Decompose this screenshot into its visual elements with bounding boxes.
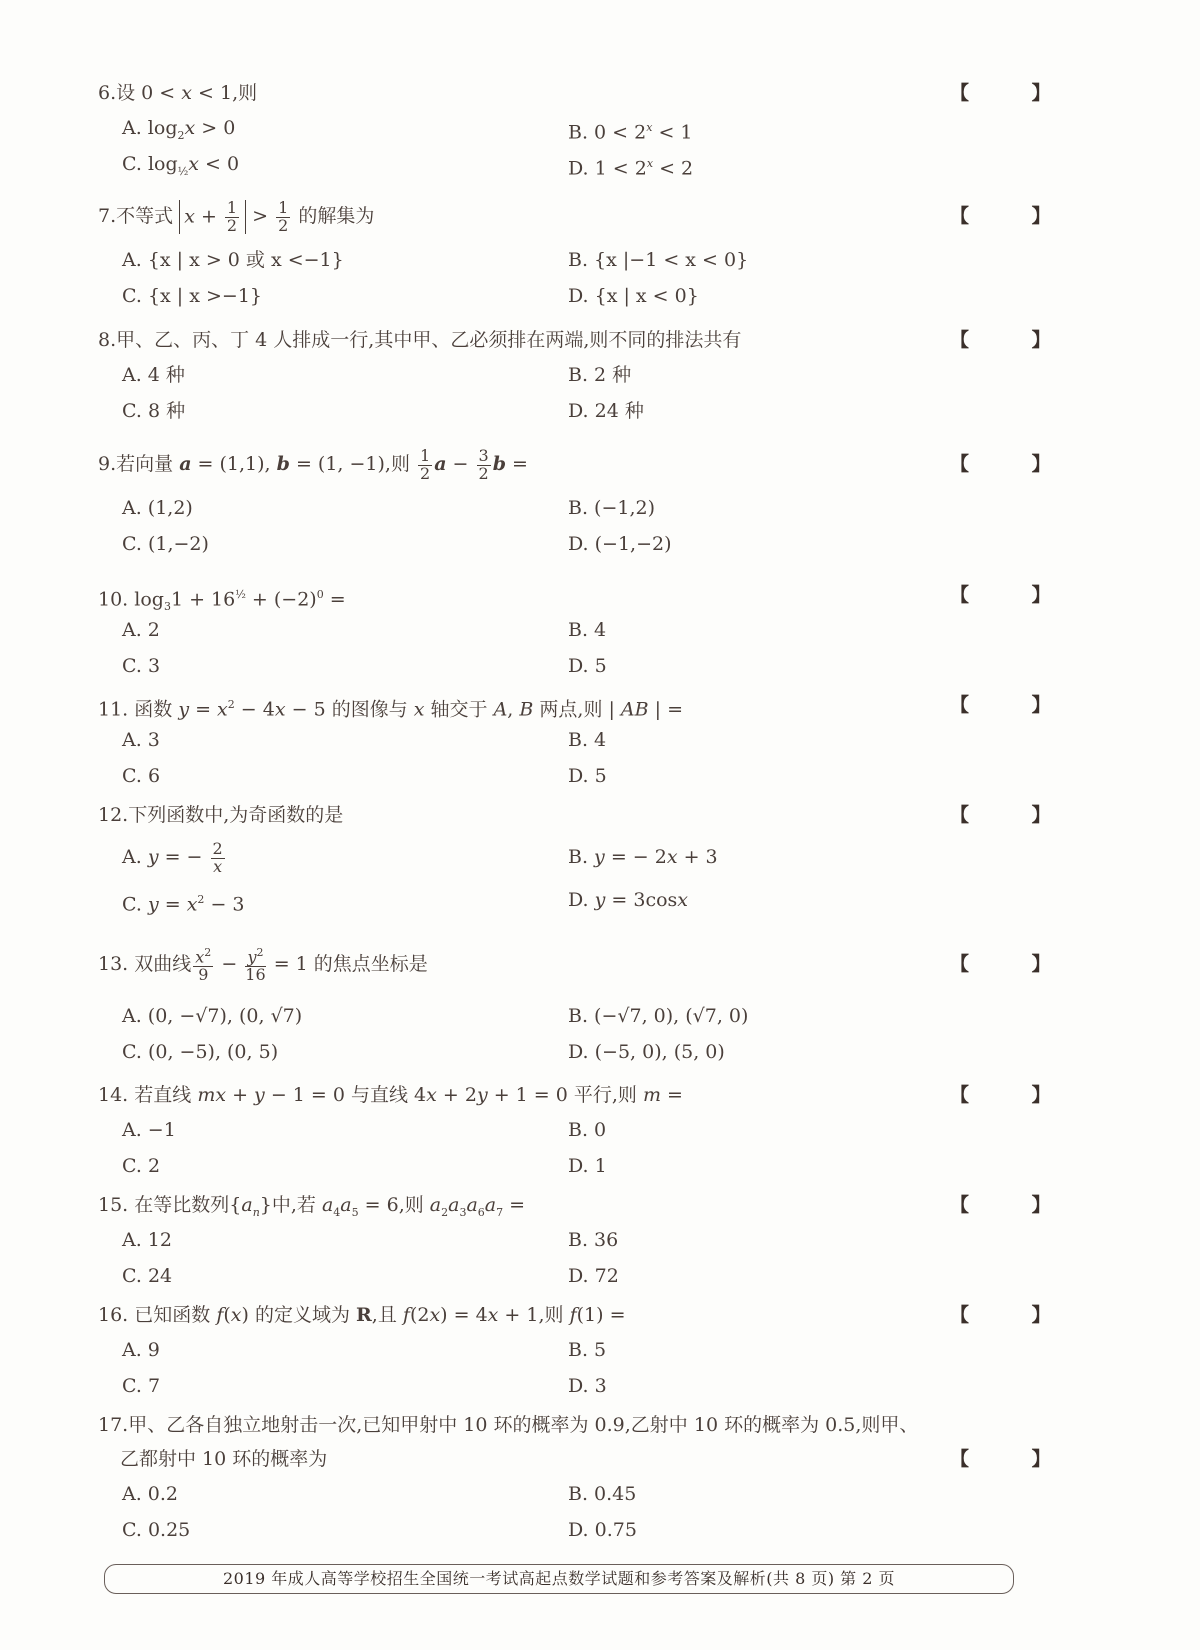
- option-a: A. 0.2: [122, 1476, 178, 1512]
- option-b: B. 36: [568, 1222, 618, 1258]
- question-10: 10. log31 + 16½ + (−2)0 = 【 】 A. 2B. 4 C…: [98, 578, 1058, 684]
- option-d: D. 3: [568, 1368, 607, 1404]
- question-number: 7.: [98, 205, 116, 227]
- option-b: B. 0: [568, 1112, 606, 1148]
- question-number: 17.: [98, 1414, 128, 1436]
- option-c: C. 8 种: [122, 393, 185, 429]
- option-d: D. 1: [568, 1148, 607, 1184]
- question-stem: 11. 函数 y = x2 − 4x − 5 的图像与 x 轴交于 A, B 两…: [98, 688, 1058, 722]
- option-a: A. 4 种: [122, 357, 185, 393]
- question-6: 6.设 0 < x < 1,则 【 】 A. log2x > 0B. 0 < 2…: [98, 76, 1058, 182]
- question-stem: 15. 在等比数列{an}中,若 a4a5 = 6,则 a2a3a6a7 = 【…: [98, 1188, 1058, 1222]
- question-8: 8.甲、乙、丙、丁 4 人排成一行,其中甲、乙必须排在两端,则不同的排法共有 【…: [98, 323, 1058, 429]
- option-a: A. 2: [122, 612, 160, 648]
- option-b: B. (−√7, 0), (√7, 0): [568, 998, 748, 1034]
- stem-text: 甲、乙、丙、丁 4 人排成一行,其中甲、乙必须排在两端,则不同的排法共有: [116, 329, 741, 351]
- answer-bracket: 【 】: [950, 323, 1079, 357]
- option-c: C. 0.25: [122, 1512, 190, 1548]
- question-number: 10.: [98, 588, 128, 610]
- option-d: D. 5: [568, 758, 607, 794]
- option-d: D. 0.75: [568, 1512, 637, 1548]
- option-c: C. (1,−2): [122, 526, 209, 562]
- question-11: 11. 函数 y = x2 − 4x − 5 的图像与 x 轴交于 A, B 两…: [98, 688, 1058, 794]
- answer-bracket: 【 】: [950, 938, 1079, 990]
- option-c: C. 2: [122, 1148, 160, 1184]
- question-stem: 10. log31 + 16½ + (−2)0 = 【 】: [98, 578, 1058, 612]
- question-stem: 16. 已知函数 f(x) 的定义域为 R,且 f(2x) = 4x + 1,则…: [98, 1298, 1058, 1332]
- option-b: B. (−1,2): [568, 490, 655, 526]
- option-d: D. (−1,−2): [568, 526, 672, 562]
- option-c: C. log½x < 0: [122, 146, 239, 190]
- answer-bracket: 【 】: [950, 76, 1079, 110]
- option-c: C. 3: [122, 648, 160, 684]
- option-b: B. {x |−1 < x < 0}: [568, 242, 748, 278]
- question-15: 15. 在等比数列{an}中,若 a4a5 = 6,则 a2a3a6a7 = 【…: [98, 1188, 1058, 1294]
- question-stem: 17.甲、乙各自独立地射击一次,已知甲射中 10 环的概率为 0.9,乙射中 1…: [98, 1408, 1058, 1442]
- option-a: A. 9: [122, 1332, 160, 1368]
- question-number: 15.: [98, 1194, 128, 1216]
- question-7: 7.不等式 x + 12 > 12 的解集为 【 】 A. {x | x > 0…: [98, 190, 1058, 314]
- option-c: C. 24: [122, 1258, 172, 1294]
- answer-bracket: 【 】: [950, 1188, 1079, 1222]
- stem-text: 甲、乙各自独立地射击一次,已知甲射中 10 环的概率为 0.9,乙射中 10 环…: [128, 1414, 918, 1436]
- page-footer: 2019 年成人高等学校招生全国统一考试高起点数学试题和参考答案及解析(共 8 …: [104, 1564, 1014, 1594]
- question-14: 14. 若直线 mx + y − 1 = 0 与直线 4x + 2y + 1 =…: [98, 1078, 1058, 1184]
- option-a: A. −1: [122, 1112, 176, 1148]
- question-number: 9.: [98, 453, 116, 475]
- answer-bracket: 【 】: [950, 688, 1079, 722]
- stem-text: 下列函数中,为奇函数的是: [128, 804, 343, 826]
- option-c: C. 6: [122, 758, 160, 794]
- option-b: B. 0 < 2x < 1: [568, 110, 693, 150]
- option-a: A. (1,2): [122, 490, 193, 526]
- option-b: B. 4: [568, 722, 606, 758]
- answer-bracket: 【 】: [950, 1078, 1079, 1112]
- question-number: 6.: [98, 82, 116, 104]
- option-d: D. y = 3cosx: [568, 882, 688, 918]
- option-a: A. (0, −√7), (0, √7): [122, 998, 302, 1034]
- question-stem: 9.若向量 a = (1,1), b = (1, −1),则 12a − 32b…: [98, 438, 1058, 490]
- option-b: B. 5: [568, 1332, 606, 1368]
- option-b: B. 4: [568, 612, 606, 648]
- option-d: D. {x | x < 0}: [568, 278, 699, 314]
- question-number: 16.: [98, 1304, 128, 1326]
- question-13: 13. 双曲线x29 − y216 = 1 的焦点坐标是 【 】 A. (0, …: [98, 938, 1058, 1070]
- question-number: 11.: [98, 698, 128, 720]
- question-12: 12.下列函数中,为奇函数的是 【 】 A. y = − 2xB. y = − …: [98, 798, 1058, 918]
- option-c: C. 7: [122, 1368, 160, 1404]
- option-a: A. y = − 2x: [122, 832, 227, 882]
- option-a: A. 3: [122, 722, 160, 758]
- question-stem-line2: 乙都射中 10 环的概率为 【 】: [98, 1442, 1058, 1476]
- question-number: 8.: [98, 329, 116, 351]
- question-stem: 6.设 0 < x < 1,则 【 】: [98, 76, 1058, 110]
- option-b: B. y = − 2x + 3: [568, 832, 718, 882]
- option-d: D. (−5, 0), (5, 0): [568, 1034, 725, 1070]
- question-stem: 14. 若直线 mx + y − 1 = 0 与直线 4x + 2y + 1 =…: [98, 1078, 1058, 1112]
- option-c: C. (0, −5), (0, 5): [122, 1034, 278, 1070]
- question-16: 16. 已知函数 f(x) 的定义域为 R,且 f(2x) = 4x + 1,则…: [98, 1298, 1058, 1404]
- question-9: 9.若向量 a = (1,1), b = (1, −1),则 12a − 32b…: [98, 438, 1058, 562]
- answer-bracket: 【 】: [950, 1442, 1079, 1476]
- question-17: 17.甲、乙各自独立地射击一次,已知甲射中 10 环的概率为 0.9,乙射中 1…: [98, 1408, 1058, 1548]
- answer-bracket: 【 】: [950, 1298, 1079, 1332]
- answer-bracket: 【 】: [950, 798, 1079, 832]
- stem-text: 设 0 < x < 1,则: [116, 82, 257, 104]
- option-b: B. 0.45: [568, 1476, 636, 1512]
- question-number: 14.: [98, 1084, 128, 1106]
- option-a: A. {x | x > 0 或 x <−1}: [122, 242, 344, 278]
- answer-bracket: 【 】: [950, 578, 1079, 612]
- question-number: 12.: [98, 804, 128, 826]
- option-d: D. 24 种: [568, 393, 644, 429]
- option-d: D. 1 < 2x < 2: [568, 146, 693, 186]
- option-c: C. y = x2 − 3: [122, 882, 245, 922]
- question-number: 13.: [98, 953, 128, 975]
- question-stem: 7.不等式 x + 12 > 12 的解集为 【 】: [98, 190, 1058, 242]
- option-b: B. 2 种: [568, 357, 631, 393]
- option-a: A. 12: [122, 1222, 172, 1258]
- option-d: D. 72: [568, 1258, 619, 1294]
- answer-bracket: 【 】: [950, 190, 1079, 242]
- option-d: D. 5: [568, 648, 607, 684]
- question-stem: 8.甲、乙、丙、丁 4 人排成一行,其中甲、乙必须排在两端,则不同的排法共有 【…: [98, 323, 1058, 357]
- option-c: C. {x | x >−1}: [122, 278, 262, 314]
- stem-text: 乙都射中 10 环的概率为: [120, 1448, 327, 1470]
- question-stem: 13. 双曲线x29 − y216 = 1 的焦点坐标是 【 】: [98, 938, 1058, 990]
- absolute-value: x + 12: [179, 200, 246, 235]
- question-stem: 12.下列函数中,为奇函数的是 【 】: [98, 798, 1058, 832]
- stem-text: 不等式: [116, 205, 173, 227]
- answer-bracket: 【 】: [950, 438, 1079, 490]
